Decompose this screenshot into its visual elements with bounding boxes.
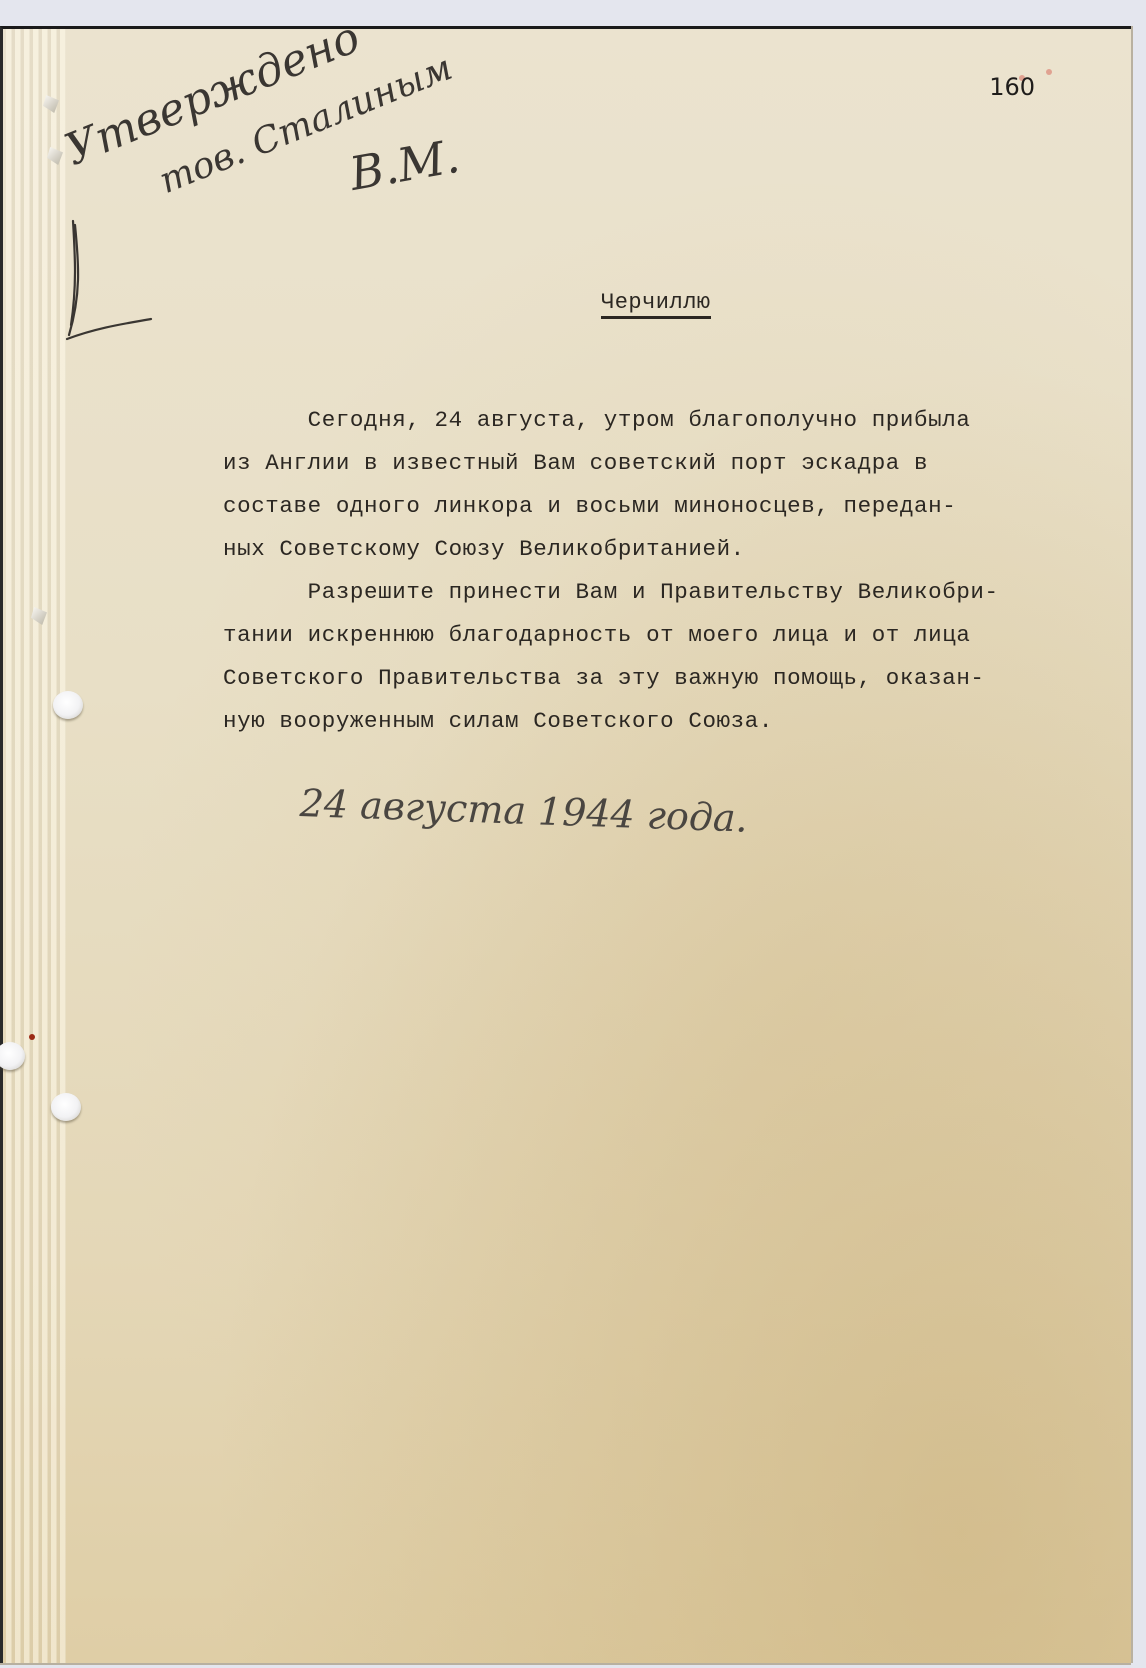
punch-hole bbox=[51, 1093, 81, 1121]
addressee-heading: Черчиллю bbox=[601, 291, 711, 319]
body-line: Сегодня, 24 августа, утром благополучно … bbox=[223, 407, 970, 433]
body-line: ных Советскому Союзу Великобританией. bbox=[223, 536, 745, 562]
folio-number: 160 bbox=[989, 73, 1035, 101]
body-line: Разрешите принести Вам и Правительству В… bbox=[223, 579, 999, 605]
handwritten-date: 24 августа 1944 года. bbox=[299, 781, 748, 841]
approval-initials: В.М. bbox=[346, 129, 464, 201]
ink-spot bbox=[29, 1034, 35, 1040]
body-line: ную вооруженным силам Советского Союза. bbox=[223, 708, 773, 734]
document-page: 160 Утверждено тов. Сталиным В.М. Черчил… bbox=[0, 26, 1131, 1663]
body-line: Советского Правительства за эту важную п… bbox=[223, 665, 985, 691]
margin-mark-icon bbox=[59, 215, 159, 345]
body-line: составе одного линкора и восьми миноносц… bbox=[223, 493, 956, 519]
red-pencil-mark bbox=[1046, 69, 1052, 75]
punch-hole bbox=[53, 691, 83, 719]
binding-fold bbox=[6, 29, 66, 1663]
body-line: из Англии в известный Вам советский порт… bbox=[223, 450, 928, 476]
body-line: тании искреннюю благодарность от моего л… bbox=[223, 622, 970, 648]
